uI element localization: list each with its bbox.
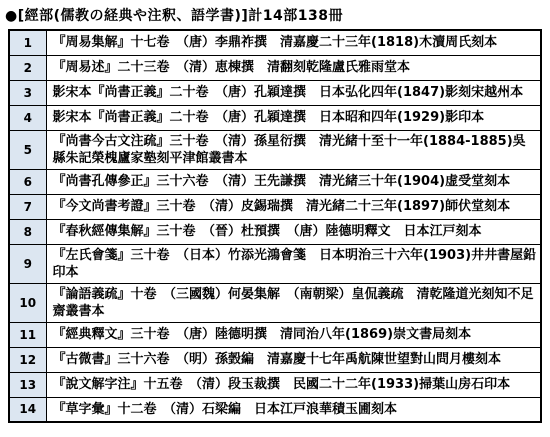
row-number: 3 — [9, 80, 46, 105]
table-row: 7『今文尚書考證』三十卷 （清）皮錫瑞撰 清光緒二十三年(1897)師伏堂刻本 — [9, 194, 541, 219]
table-row: 5『尚書今古文注疏』三十卷 （清）孫星衍撰 清光緒十至十一年(1884-1885… — [9, 130, 541, 169]
table-row: 9『左氏會箋』三十卷 （日本）竹添光鴻會箋 日本明治三十六年(1903)井井書屋… — [9, 244, 541, 283]
page: ●[經部(儒教の経典や注釈、語学書)]計14部138冊 1『周易集解』十七卷 （… — [0, 0, 550, 437]
table-row: 8『春秋經傳集解』三十卷 （晉）杜預撰 （唐）陸德明釋文 日本江戸刻本 — [9, 219, 541, 244]
book-table: 1『周易集解』十七卷 （唐）李鼎祚撰 清嘉慶二十三年(1818)木瀆周氏刻本2『… — [8, 29, 542, 423]
row-number: 5 — [9, 130, 46, 169]
table-row: 11『經典釋文』三十卷 （唐）陸德明撰 清同治八年(1869)崇文書局刻本 — [9, 322, 541, 347]
row-number: 13 — [9, 372, 46, 397]
table-row: 12『古微書』三十六卷 （明）孫瑴編 清嘉慶十七年禹航陳世望對山問月樓刻本 — [9, 347, 541, 372]
row-number: 9 — [9, 244, 46, 283]
row-description: 『說文解字注』十五卷 （清）段玉裁撰 民國二十二年(1933)掃葉山房石印本 — [46, 372, 541, 397]
table-row: 10『論語義疏』十卷 （三國魏）何晏集解 （南朝梁）皇侃義疏 清乾隆道光刻知不足… — [9, 283, 541, 322]
table-row: 4影宋本『尚書正義』二十卷 （唐）孔穎達撰 日本昭和四年(1929)影印本 — [9, 105, 541, 130]
section-heading: ●[經部(儒教の経典や注釈、語学書)]計14部138冊 — [3, 3, 550, 29]
row-description: 『尚書今古文注疏』三十卷 （清）孫星衍撰 清光緒十至十一年(1884-1885)… — [46, 130, 541, 169]
row-number: 4 — [9, 105, 46, 130]
book-table-body: 1『周易集解』十七卷 （唐）李鼎祚撰 清嘉慶二十三年(1818)木瀆周氏刻本2『… — [9, 30, 541, 422]
row-number: 11 — [9, 322, 46, 347]
row-description: 『周易述』二十三卷 （清）恵棟撰 清翻刻乾隆盧氏雅雨堂本 — [46, 55, 541, 80]
table-row: 1『周易集解』十七卷 （唐）李鼎祚撰 清嘉慶二十三年(1818)木瀆周氏刻本 — [9, 30, 541, 55]
row-description: 『古微書』三十六卷 （明）孫瑴編 清嘉慶十七年禹航陳世望對山問月樓刻本 — [46, 347, 541, 372]
row-description: 影宋本『尚書正義』二十卷 （唐）孔穎達撰 日本昭和四年(1929)影印本 — [46, 105, 541, 130]
row-number: 10 — [9, 283, 46, 322]
row-number: 8 — [9, 219, 46, 244]
row-number: 6 — [9, 169, 46, 194]
row-number: 7 — [9, 194, 46, 219]
row-description: 『左氏會箋』三十卷 （日本）竹添光鴻會箋 日本明治三十六年(1903)井井書屋鉛… — [46, 244, 541, 283]
row-number: 1 — [9, 30, 46, 55]
row-number: 12 — [9, 347, 46, 372]
row-description: 影宋本『尚書正義』二十卷 （唐）孔穎達撰 日本弘化四年(1847)影刻宋越州本 — [46, 80, 541, 105]
table-row: 2『周易述』二十三卷 （清）恵棟撰 清翻刻乾隆盧氏雅雨堂本 — [9, 55, 541, 80]
row-description: 『草字彙』十二卷 （清）石梁編 日本江戸浪華積玉圃刻本 — [46, 397, 541, 422]
row-description: 『今文尚書考證』三十卷 （清）皮錫瑞撰 清光緒二十三年(1897)師伏堂刻本 — [46, 194, 541, 219]
row-description: 『尚書孔傳參正』三十六卷 （清）王先謙撰 清光緒三十年(1904)虚受堂刻本 — [46, 169, 541, 194]
table-row: 6『尚書孔傳參正』三十六卷 （清）王先謙撰 清光緒三十年(1904)虚受堂刻本 — [9, 169, 541, 194]
table-row: 13『說文解字注』十五卷 （清）段玉裁撰 民國二十二年(1933)掃葉山房石印本 — [9, 372, 541, 397]
row-description: 『論語義疏』十卷 （三國魏）何晏集解 （南朝梁）皇侃義疏 清乾隆道光刻知不足齋叢… — [46, 283, 541, 322]
row-description: 『春秋經傳集解』三十卷 （晉）杜預撰 （唐）陸德明釋文 日本江戸刻本 — [46, 219, 541, 244]
row-number: 2 — [9, 55, 46, 80]
table-row: 3影宋本『尚書正義』二十卷 （唐）孔穎達撰 日本弘化四年(1847)影刻宋越州本 — [9, 80, 541, 105]
table-row: 14『草字彙』十二卷 （清）石梁編 日本江戸浪華積玉圃刻本 — [9, 397, 541, 422]
row-description: 『周易集解』十七卷 （唐）李鼎祚撰 清嘉慶二十三年(1818)木瀆周氏刻本 — [46, 30, 541, 55]
row-description: 『經典釋文』三十卷 （唐）陸德明撰 清同治八年(1869)崇文書局刻本 — [46, 322, 541, 347]
row-number: 14 — [9, 397, 46, 422]
